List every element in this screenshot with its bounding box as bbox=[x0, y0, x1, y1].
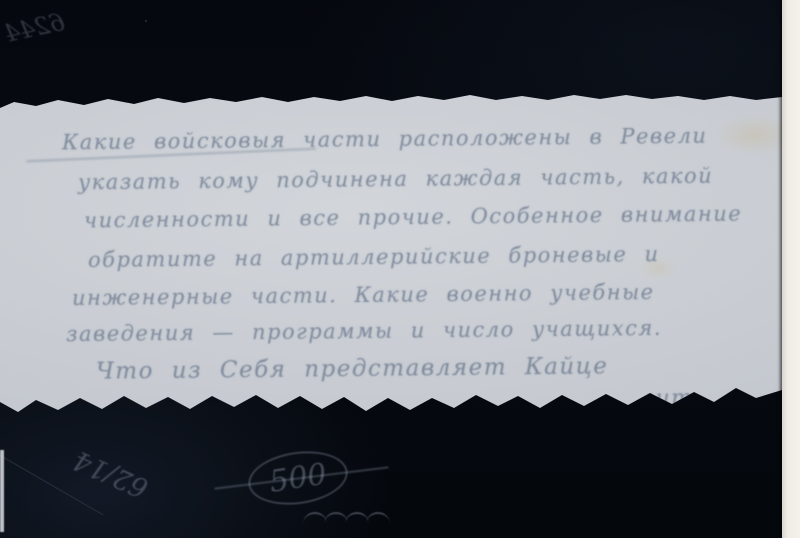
rotated-number-scrawl: 62/14 bbox=[69, 444, 153, 504]
archival-photo-of-handwritten-note: 6244 Какие войсковыя части расположены в… bbox=[0, 0, 800, 538]
handwriting-line: указать кому подчинена каждая часть, как… bbox=[78, 163, 713, 196]
handwriting-line: заведения — программы и число учащихся. bbox=[66, 315, 662, 347]
handwriting-line: численности и все прочие. Особенное вним… bbox=[84, 201, 742, 234]
photo-edge-sliver bbox=[0, 450, 4, 532]
scalloped-highlight bbox=[303, 512, 387, 527]
handwriting-line: обратите на артиллерийские броневые и bbox=[88, 241, 660, 273]
note-paper: Какие войсковыя части расположены в Реве… bbox=[0, 92, 782, 425]
handwriting-line: инженерные части. Какие военно учебные bbox=[72, 279, 655, 311]
dust-speck bbox=[145, 20, 147, 22]
handwriting-last-word: лит. bbox=[640, 386, 702, 413]
mirrored-number-scrawl: 6244 bbox=[2, 8, 68, 48]
scan-margin-strip bbox=[782, 0, 800, 538]
handwriting-line: Какие войсковыя части расположены в Реве… bbox=[62, 123, 708, 156]
handwriting-line: Что из Себя представляет Кайце bbox=[96, 353, 609, 384]
